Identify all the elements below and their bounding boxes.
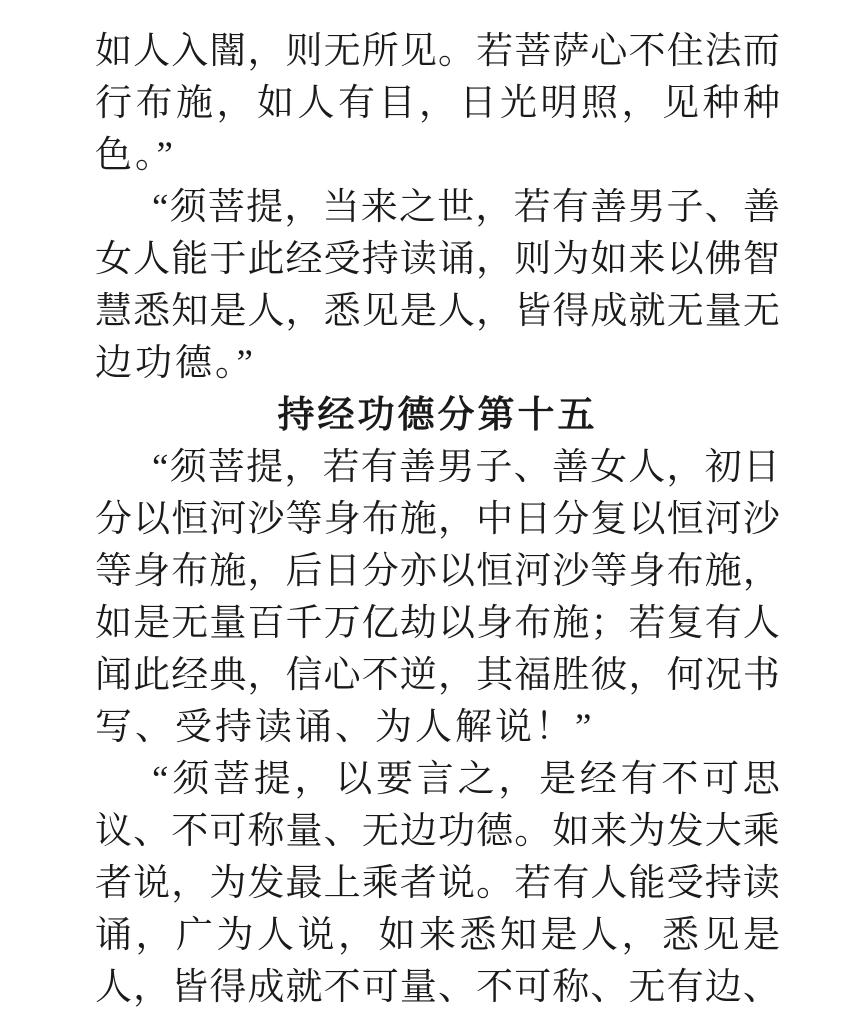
text-line: “须菩提，若有善男子、善女人，初日 (95, 442, 780, 494)
text-line: “须菩提，以要言之，是经有不可思 (95, 754, 780, 806)
ebook-page: 如人入闇，则无所见。若菩萨心不住法而行布施，如人有目，日光明照，见种种色。”“须… (0, 0, 868, 1024)
text-line: 如是无量百千万亿劫以身布施；若复有人 (95, 598, 780, 650)
text-line: 慧悉知是人，悉见是人，皆得成就无量无 (95, 286, 780, 338)
text-line: 人，皆得成就不可量、不可称、无有边、 (95, 962, 780, 1014)
text-line: 边功德。” (95, 338, 780, 390)
text-line: 议、不可称量、无边功德。如来为发大乘 (95, 806, 780, 858)
text-line: 写、受持读诵、为人解说！” (95, 702, 780, 754)
body-paragraph: “须菩提，若有善男子、善女人，初日分以恒河沙等身布施，中日分复以恒河沙等身布施，… (95, 442, 780, 754)
text-page: 如人入闇，则无所见。若菩萨心不住法而行布施，如人有目，日光明照，见种种色。”“须… (0, 0, 868, 1014)
body-paragraph: 如人入闇，则无所见。若菩萨心不住法而行布施，如人有目，日光明照，见种种色。” (95, 26, 780, 182)
text-line: 行布施，如人有目，日光明照，见种种 (95, 78, 780, 130)
text-line: 分以恒河沙等身布施，中日分复以恒河沙 (95, 494, 780, 546)
text-line: 色。” (95, 130, 780, 182)
text-line: 等身布施，后日分亦以恒河沙等身布施， (95, 546, 780, 598)
section-heading: 持经功德分第十五 (95, 390, 780, 442)
text-line: 如人入闇，则无所见。若菩萨心不住法而 (95, 26, 780, 78)
text-line: “须菩提，当来之世，若有善男子、善 (95, 182, 780, 234)
text-line: 诵，广为人说，如来悉知是人，悉见是 (95, 910, 780, 962)
text-line: 女人能于此经受持读诵，则为如来以佛智 (95, 234, 780, 286)
text-line: 者说，为发最上乘者说。若有人能受持读 (95, 858, 780, 910)
body-paragraph: “须菩提，以要言之，是经有不可思议、不可称量、无边功德。如来为发大乘者说，为发最… (95, 754, 780, 1014)
body-paragraph: “须菩提，当来之世，若有善男子、善女人能于此经受持读诵，则为如来以佛智慧悉知是人… (95, 182, 780, 390)
text-line: 闻此经典，信心不逆，其福胜彼，何况书 (95, 650, 780, 702)
section-heading-text: 持经功德分第十五 (95, 390, 780, 442)
